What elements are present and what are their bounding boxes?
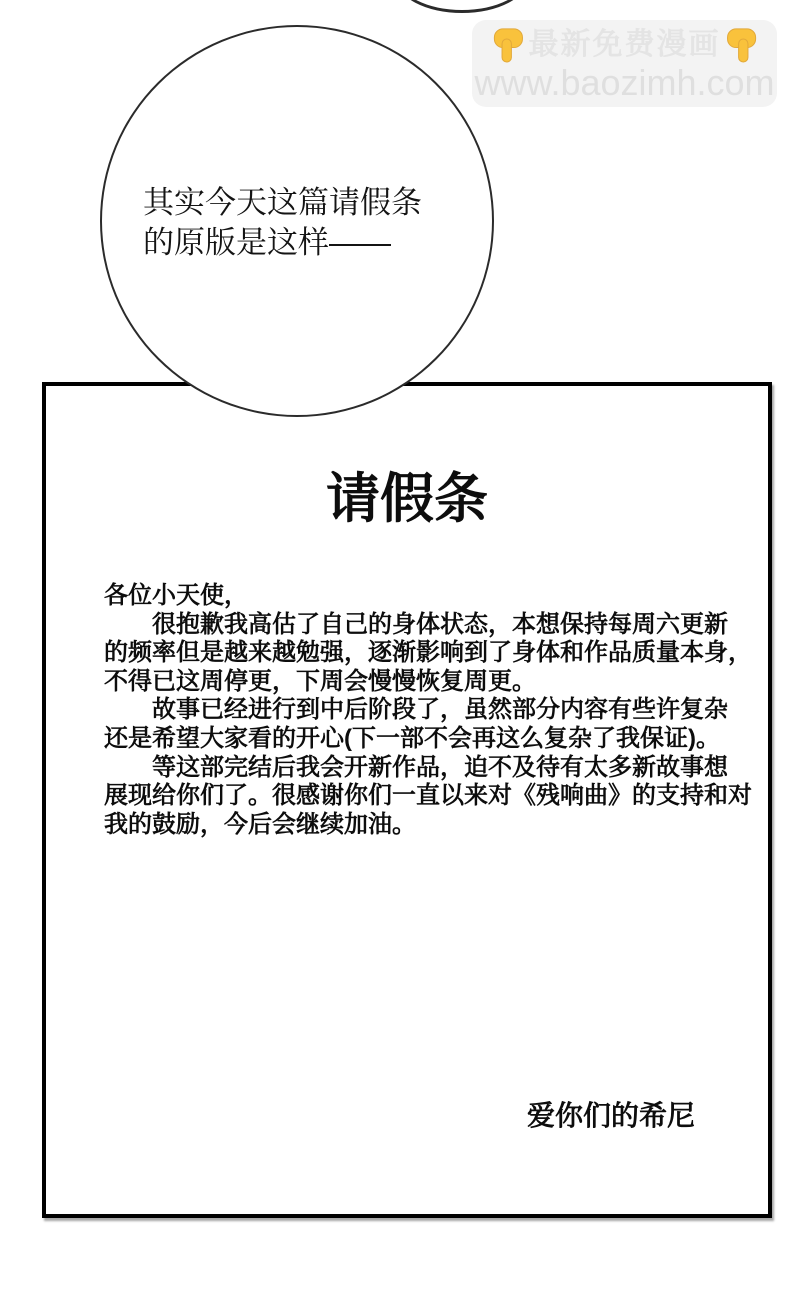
leave-note-line: 展现给你们了。很感谢你们一直以来对《残响曲》的支持和对 (104, 782, 752, 811)
watermark-headline: 最新免费漫画 (529, 30, 721, 60)
comic-page: 最新免费漫画 www.baozimh.com 其实今天这篇请假条 的原版是这样—… (0, 0, 800, 1301)
leave-note-line: 很抱歉我高估了自己的身体状态，本想保持每周六更新 (104, 611, 752, 640)
speech-bubble-line: 其实今天这篇请假条 (143, 183, 422, 223)
watermark-badge: 最新免费漫画 www.baozimh.com (472, 20, 777, 107)
speech-bubble-text: 其实今天这篇请假条 的原版是这样—— (143, 183, 422, 263)
leave-note-line: 还是希望大家看的开心(下一部不会再这么复杂了我保证)。 (104, 725, 752, 754)
leave-note-line: 故事已经进行到中后阶段了，虽然部分内容有些许复杂 (104, 696, 752, 725)
leave-note-signature: 爱你们的希尼 (527, 1094, 695, 1134)
leave-note-line: 我的鼓励，今后会继续加油。 (104, 811, 752, 840)
watermark-headline-row: 最新免费漫画 (491, 26, 759, 64)
leave-note-title: 请假条 (46, 470, 768, 528)
speech-bubble: 其实今天这篇请假条 的原版是这样—— (100, 25, 494, 417)
leave-note-line: 不得已这周停更，下周会慢慢恢复周更。 (104, 668, 752, 697)
leave-note-line: 等这部完结后我会开新作品，迫不及待有太多新故事想 (104, 754, 752, 783)
leave-note-body: 各位小天使， 很抱歉我高估了自己的身体状态，本想保持每周六更新 的频率但是越来越… (104, 582, 752, 839)
leave-note-line: 各位小天使， (104, 582, 752, 611)
pointing-down-icon (491, 26, 525, 64)
leave-note-line: 的频率但是越来越勉强，逐渐影响到了身体和作品质量本身， (104, 639, 752, 668)
pointing-down-icon (725, 26, 759, 64)
watermark-url: www.baozimh.com (474, 65, 774, 101)
leave-note: 请假条 各位小天使， 很抱歉我高估了自己的身体状态，本想保持每周六更新 的频率但… (42, 382, 772, 1218)
speech-bubble-line: 的原版是这样—— (143, 223, 422, 263)
partial-speech-bubble (396, 0, 528, 13)
